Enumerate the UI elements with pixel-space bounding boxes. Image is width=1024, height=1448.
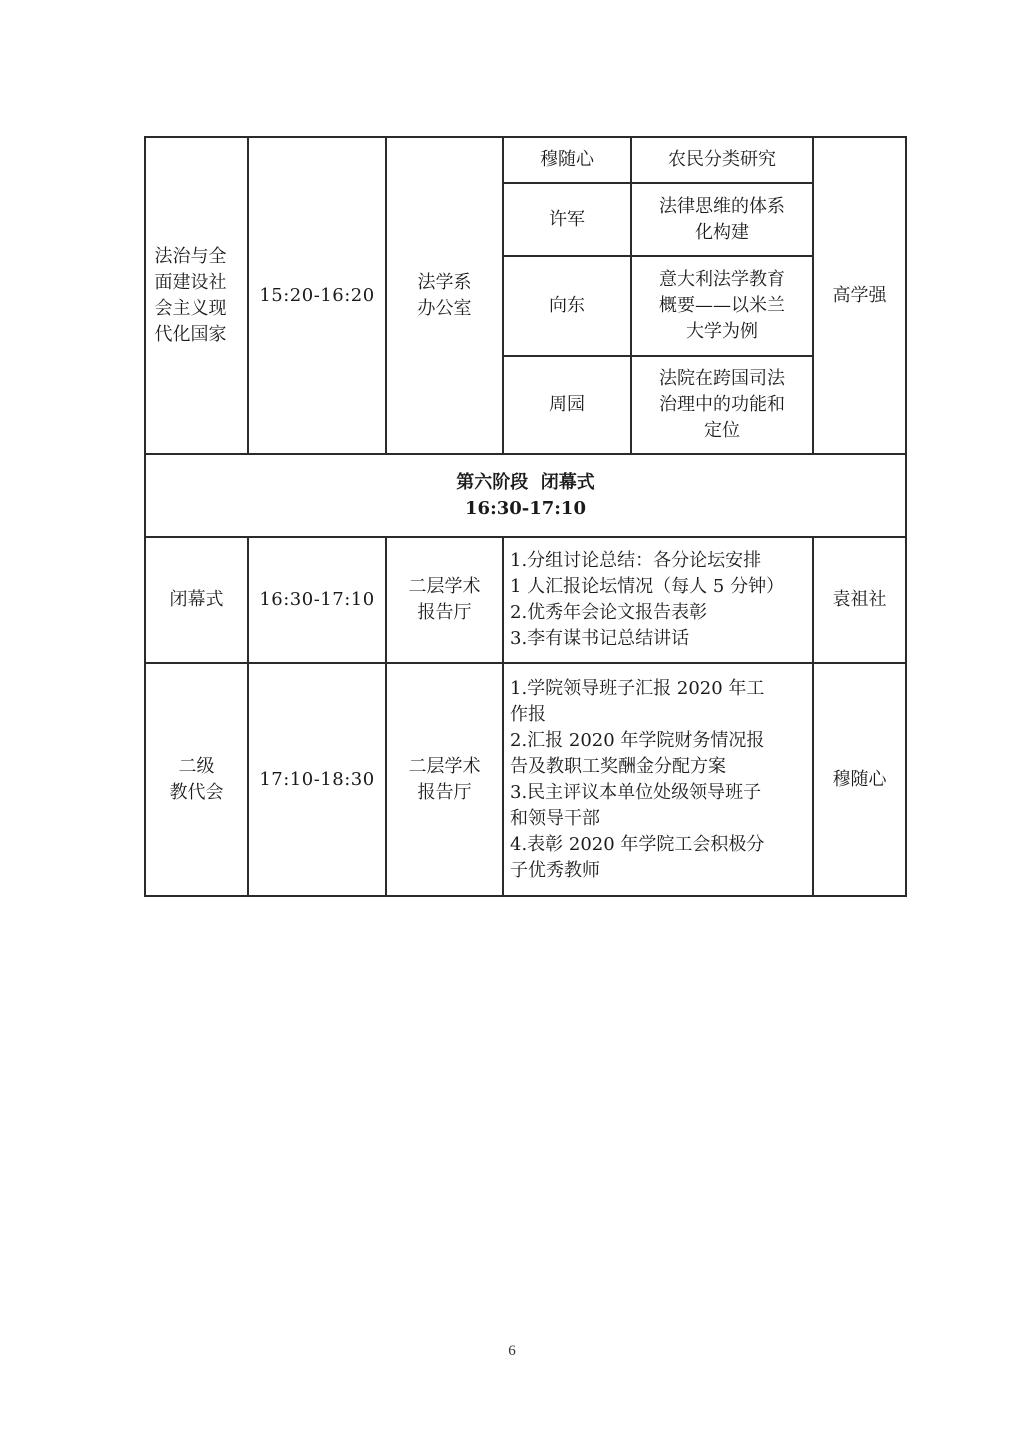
forum-venue-cell: 法学系 办公室 bbox=[386, 137, 503, 454]
topic-line: 意大利法学教育 bbox=[648, 267, 796, 293]
agenda-line: 2.汇报 2020 年学院财务情况报 bbox=[510, 728, 808, 754]
theme-line: 法治与全 bbox=[155, 244, 239, 270]
speaker-name-cell: 周园 bbox=[503, 356, 631, 454]
speaker-name-cell: 许军 bbox=[503, 183, 631, 256]
table-row: 二级 教代会 17:10-18:30 二层学术 报告厅 1.学院领导班子汇报 2… bbox=[145, 663, 906, 896]
agenda-line: 1.学院领导班子汇报 2020 年工 bbox=[510, 676, 808, 702]
venue-line: 报告厅 bbox=[387, 780, 502, 806]
stage-header-cell: 第六阶段 闭幕式 16:30-17:10 bbox=[145, 454, 906, 537]
schedule-table: 法治与全 面建设社 会主义现 代化国家 15:20-16:20 法学系 办公室 … bbox=[144, 136, 907, 897]
stage-title: 第六阶段 闭幕式 bbox=[146, 470, 905, 496]
event-cell: 二级 教代会 bbox=[145, 663, 248, 896]
agenda-line: 和领导干部 bbox=[510, 806, 808, 832]
stage-time: 16:30-17:10 bbox=[146, 496, 905, 522]
agenda-cell: 1.学院领导班子汇报 2020 年工 作报 2.汇报 2020 年学院财务情况报… bbox=[503, 663, 813, 896]
host-cell: 穆随心 bbox=[813, 663, 906, 896]
forum-host-cell: 高学强 bbox=[813, 137, 906, 454]
venue-line: 二层学术 bbox=[387, 574, 502, 600]
time-cell: 17:10-18:30 bbox=[248, 663, 386, 896]
agenda-line: 作报 bbox=[510, 702, 808, 728]
topic-line: 大学为例 bbox=[648, 319, 796, 345]
theme-line: 面建设社 bbox=[155, 270, 239, 296]
host-cell: 袁祖社 bbox=[813, 537, 906, 663]
agenda-line: 1 人汇报论坛情况（每人 5 分钟） bbox=[510, 574, 808, 600]
time-cell: 16:30-17:10 bbox=[248, 537, 386, 663]
table-row: 法治与全 面建设社 会主义现 代化国家 15:20-16:20 法学系 办公室 … bbox=[145, 137, 906, 183]
agenda-line: 告及教职工奖酬金分配方案 bbox=[510, 754, 808, 780]
topic-line: 法院在跨国司法 bbox=[648, 366, 796, 392]
speaker-topic-cell: 意大利法学教育 概要——以米兰 大学为例 bbox=[631, 256, 813, 356]
agenda-cell: 1.分组讨论总结：各分论坛安排 1 人汇报论坛情况（每人 5 分钟） 2.优秀年… bbox=[503, 537, 813, 663]
event-line: 教代会 bbox=[146, 780, 247, 806]
speaker-name-cell: 穆随心 bbox=[503, 137, 631, 183]
venue-line: 办公室 bbox=[387, 296, 502, 322]
event-line: 闭幕式 bbox=[146, 587, 247, 613]
agenda-line: 1.分组讨论总结：各分论坛安排 bbox=[510, 548, 808, 574]
event-line: 二级 bbox=[146, 754, 247, 780]
topic-line: 概要——以米兰 bbox=[648, 293, 796, 319]
table-row: 闭幕式 16:30-17:10 二层学术 报告厅 1.分组讨论总结：各分论坛安排… bbox=[145, 537, 906, 663]
topic-line: 定位 bbox=[648, 418, 796, 444]
page-number: 6 bbox=[0, 1343, 1024, 1360]
forum-theme-cell: 法治与全 面建设社 会主义现 代化国家 bbox=[145, 137, 248, 454]
forum-time-cell: 15:20-16:20 bbox=[248, 137, 386, 454]
theme-line: 会主义现 bbox=[155, 296, 239, 322]
topic-line: 农民分类研究 bbox=[648, 147, 796, 173]
topic-line: 化构建 bbox=[648, 220, 796, 246]
agenda-line: 子优秀教师 bbox=[510, 858, 808, 884]
theme-line: 代化国家 bbox=[155, 322, 239, 348]
agenda-line: 2.优秀年会论文报告表彰 bbox=[510, 600, 808, 626]
speaker-topic-cell: 农民分类研究 bbox=[631, 137, 813, 183]
agenda-line: 3.民主评议本单位处级领导班子 bbox=[510, 780, 808, 806]
venue-cell: 二层学术 报告厅 bbox=[386, 537, 503, 663]
topic-line: 法律思维的体系 bbox=[648, 194, 796, 220]
speaker-topic-cell: 法律思维的体系 化构建 bbox=[631, 183, 813, 256]
event-cell: 闭幕式 bbox=[145, 537, 248, 663]
venue-line: 报告厅 bbox=[387, 600, 502, 626]
venue-line: 法学系 bbox=[387, 270, 502, 296]
speaker-topic-cell: 法院在跨国司法 治理中的功能和 定位 bbox=[631, 356, 813, 454]
agenda-line: 3.李有谋书记总结讲话 bbox=[510, 626, 808, 652]
topic-line: 治理中的功能和 bbox=[648, 392, 796, 418]
agenda-line: 4.表彰 2020 年学院工会积极分 bbox=[510, 832, 808, 858]
venue-cell: 二层学术 报告厅 bbox=[386, 663, 503, 896]
venue-line: 二层学术 bbox=[387, 754, 502, 780]
table-row: 第六阶段 闭幕式 16:30-17:10 bbox=[145, 454, 906, 537]
speaker-name-cell: 向东 bbox=[503, 256, 631, 356]
